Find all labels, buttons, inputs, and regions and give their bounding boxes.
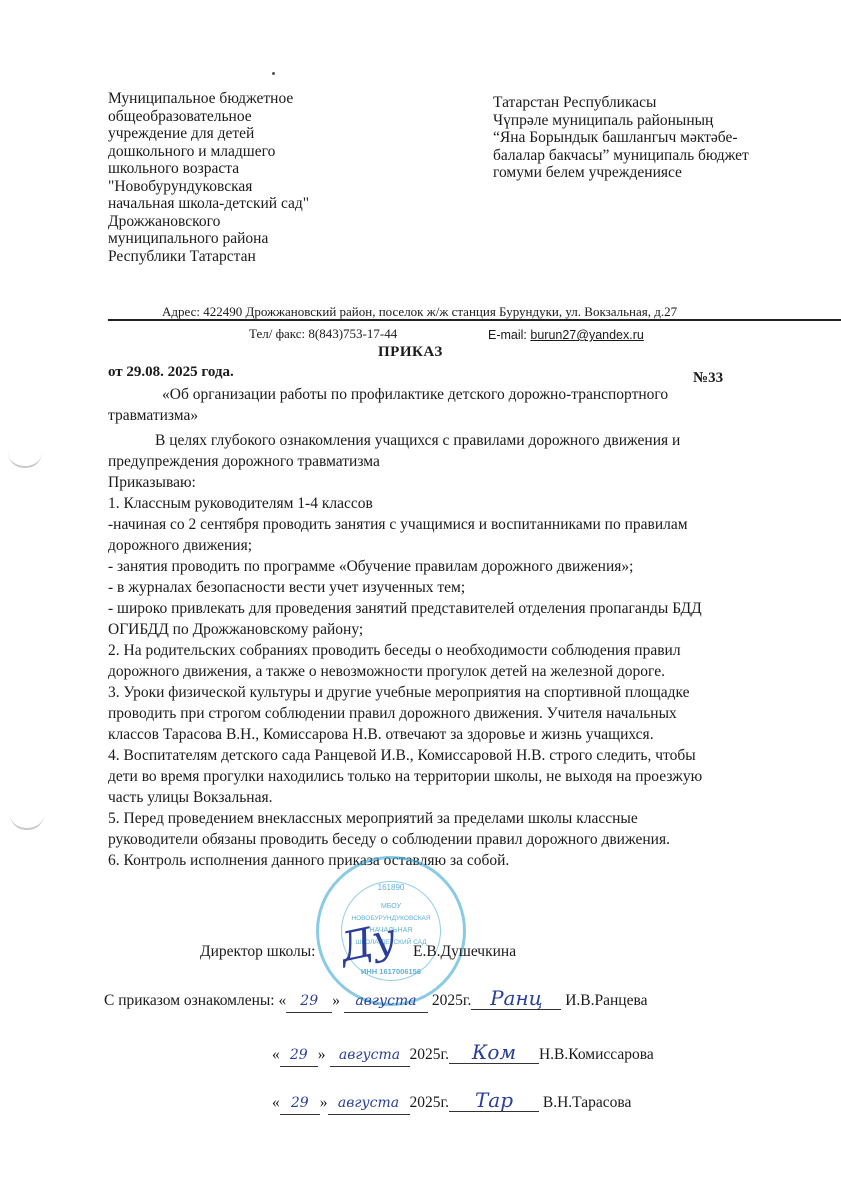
ack-month: августа bbox=[330, 1045, 410, 1067]
ack-day: 29 bbox=[280, 1045, 318, 1067]
header-left-institution: Муниципальное бюджетное общеобразователь… bbox=[108, 90, 309, 265]
body-line: - широко привлекать для проведения занят… bbox=[108, 598, 702, 619]
phone-line: Тел/ факс: 8(843)753-17-44 bbox=[249, 326, 397, 342]
body-line: 1. Классным руководителям 1-4 классов bbox=[108, 493, 702, 514]
punch-hole-mark bbox=[8, 452, 42, 468]
order-date: от 29.08. 2025 года. bbox=[108, 364, 234, 381]
body-line: дорожного движения, а также о невозможно… bbox=[108, 661, 702, 682]
header-left-line: Дрожжановского bbox=[108, 213, 309, 231]
ack-day: 29 bbox=[286, 991, 332, 1013]
header-left-line: "Новобурундуковская bbox=[108, 178, 309, 196]
body-line: 3. Уроки физической культуры и другие уч… bbox=[108, 682, 702, 703]
header-left-line: начальная школа-детский сад" bbox=[108, 195, 309, 213]
acknowledgement-row: С приказом ознакомлены: «29»августа 2025… bbox=[104, 988, 647, 1013]
body-line: предупреждения дорожного травматизма bbox=[108, 451, 702, 472]
header-left-line: учреждение для детей bbox=[108, 125, 309, 143]
ack-day: 29 bbox=[280, 1093, 320, 1115]
header-right-line: Татарстан Республикасы bbox=[493, 94, 749, 112]
header-right-line: “Яна Борындык башлангыч мәктәбе- bbox=[493, 129, 749, 147]
body-line: - занятия проводить по программе «Обучен… bbox=[108, 556, 702, 577]
order-subject: «Об организации работы по профилактике д… bbox=[108, 384, 702, 405]
body-line: дорожного движения; bbox=[108, 535, 702, 556]
body-line: часть улицы Вокзальная. bbox=[108, 787, 702, 808]
ack-month: августа bbox=[328, 1093, 410, 1115]
email-line: E-mail: burun27@yandex.ru bbox=[488, 328, 644, 342]
scan-speck bbox=[272, 72, 275, 75]
header-left-line: школьного возраста bbox=[108, 160, 309, 178]
ack-signature: Ком bbox=[449, 1042, 539, 1064]
body-line: 4. Воспитателям детского сада Ранцевой И… bbox=[108, 745, 702, 766]
body-line: -начиная со 2 сентября проводить занятия… bbox=[108, 514, 702, 535]
header-right-line: Чүпрәле муниципаль районының bbox=[493, 112, 749, 130]
header-right-line: гомуми белем учреждениясе bbox=[493, 164, 749, 182]
email-link[interactable]: burun27@yandex.ru bbox=[530, 328, 643, 342]
stamp-ogrn: 161890 bbox=[319, 883, 463, 892]
ack-year: 2025г. bbox=[432, 992, 471, 1009]
director-name: Е.В.Душечкина bbox=[413, 941, 516, 962]
header-left-line: общеобразовательное bbox=[108, 108, 309, 126]
stamp-center-line: МБОУ bbox=[319, 903, 463, 910]
body-line: - в журналах безопасности вести учет изу… bbox=[108, 577, 702, 598]
header-right-line: балалар бакчасы” муниципаль бюджет bbox=[493, 147, 749, 165]
acknowledgement-row: «29»августа2025г.КомН.В.Комиссарова bbox=[272, 1042, 654, 1067]
order-body: «Об организации работы по профилактике д… bbox=[108, 384, 702, 871]
ack-year: 2025г. bbox=[410, 1094, 449, 1111]
body-line: руководители обязаны проводить беседу о … bbox=[108, 829, 702, 850]
body-line: Приказываю: bbox=[108, 472, 702, 493]
director-label: Директор школы: bbox=[200, 941, 315, 962]
punch-hole-mark bbox=[10, 814, 44, 830]
header-divider bbox=[108, 319, 841, 321]
header-left-line: Республики Татарстан bbox=[108, 248, 309, 266]
body-line: проводить при строгом соблюдении правил … bbox=[108, 703, 702, 724]
acknowledgement-row: «29»августа2025г.Тар В.Н.Тарасова bbox=[272, 1090, 631, 1115]
body-line: 2. На родительских собраниях проводить б… bbox=[108, 640, 702, 661]
body-line: ОГИБДД по Дрожжановскому району; bbox=[108, 619, 702, 640]
ack-year: 2025г. bbox=[410, 1046, 449, 1063]
body-line: В целях глубокого ознакомления учащихся … bbox=[108, 430, 702, 451]
order-subject: травматизма» bbox=[108, 405, 702, 426]
stamp-inn: ИНН 1617006156 bbox=[319, 967, 463, 976]
order-title: ПРИКАЗ bbox=[378, 344, 443, 361]
header-left-line: дошкольного и младшего bbox=[108, 143, 309, 161]
body-line: 5. Перед проведением внеклассных меропри… bbox=[108, 808, 702, 829]
email-label: E-mail: bbox=[488, 328, 530, 342]
ack-name: Н.В.Комиссарова bbox=[539, 1046, 654, 1063]
header-right-institution: Татарстан Республикасы Чүпрәле муниципал… bbox=[493, 94, 749, 182]
header-left-line: Муниципальное бюджетное bbox=[108, 90, 309, 108]
acknowledgement-label: С приказом ознакомлены: bbox=[104, 992, 278, 1009]
address-line: Адрес: 422490 Дрожжановский район, посел… bbox=[162, 304, 677, 320]
header-left-line: муниципального района bbox=[108, 230, 309, 248]
ack-signature: Тар bbox=[449, 1090, 539, 1112]
ack-month: августа bbox=[344, 991, 428, 1013]
ack-name: И.В.Ранцева bbox=[565, 992, 647, 1009]
ack-name: В.Н.Тарасова bbox=[543, 1094, 632, 1111]
ack-signature: Ранц bbox=[471, 988, 561, 1010]
body-line: классов Тарасова В.Н., Комиссарова Н.В. … bbox=[108, 724, 702, 745]
body-line: дети во время прогулки находились только… bbox=[108, 766, 702, 787]
